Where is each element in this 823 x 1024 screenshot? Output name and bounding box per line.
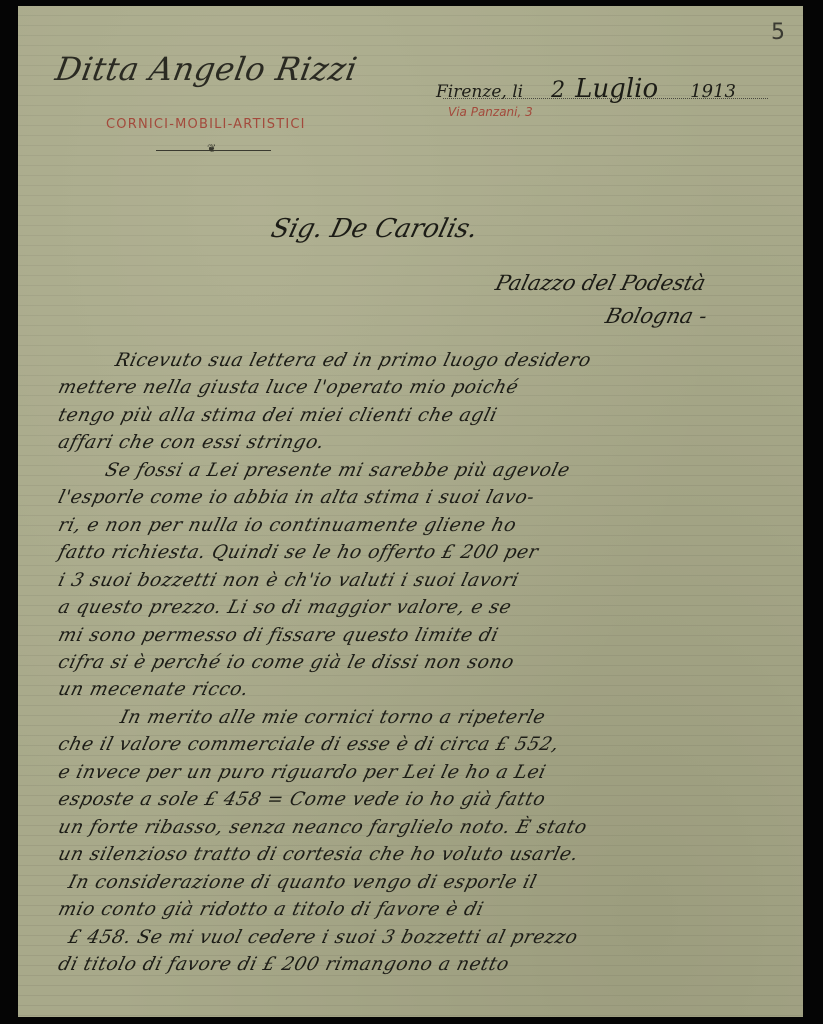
letterhead-tagline: CORNICI-MOBILI-ARTISTICI: [106, 117, 306, 132]
body-line: affari che con essi stringo.: [56, 432, 327, 453]
body-line: mettere nella giusta luce l'operato mio …: [56, 377, 521, 398]
recipient-salutation: Sig. De Carolis.: [268, 214, 481, 244]
place-prefix: Firenze, li: [436, 82, 523, 102]
recipient-address-line-2: Bologna -: [603, 304, 710, 328]
recipient-address-line-1: Palazzo del Podestà: [493, 271, 708, 295]
letterhead-firm-name: Ditta Angelo Rizzi: [53, 50, 361, 88]
body-line: Ricevuto sua lettera ed in primo luogo d…: [113, 350, 594, 371]
date-dotted-line: [443, 98, 768, 99]
body-line: di titolo di favore di £ 200 rimangono a…: [56, 954, 512, 975]
body-line: mi sono permesso di fissare questo limit…: [56, 625, 501, 646]
date-month: Luglio: [575, 74, 658, 104]
body-line: e invece per un puro riguardo per Lei le…: [56, 762, 548, 783]
ornament-flourish-icon: ❦: [207, 143, 216, 154]
body-line: mio conto già ridotto a titolo di favore…: [56, 899, 486, 920]
body-line: che il valore commerciale di esse è di c…: [56, 734, 561, 755]
body-line: un forte ribasso, senza neanco farglielo…: [56, 817, 589, 838]
archive-page-number: 5: [771, 20, 785, 45]
body-line: In considerazione di quanto vengo di esp…: [66, 872, 539, 893]
body-line: i 3 suoi bozzetti non è ch'io valuti i s…: [56, 570, 521, 591]
date-day: 2: [551, 78, 565, 103]
body-line: In merito alle mie cornici torno a ripet…: [118, 707, 548, 728]
body-line: Se fossi a Lei presente mi sarebbe più a…: [103, 460, 572, 481]
body-line: cifra si è perché io come già le dissi n…: [56, 652, 516, 673]
body-line: a questo prezzo. Li so di maggior valore…: [56, 597, 514, 618]
body-line: ri, e non per nulla io continuamente gli…: [56, 515, 519, 536]
body-line: un mecenate ricco.: [56, 679, 251, 700]
letter-page: 5 Ditta Angelo Rizzi CORNICI-MOBILI-ARTI…: [18, 6, 803, 1017]
body-line: un silenzioso tratto di cortesia che ho …: [56, 844, 581, 865]
body-line: esposte a sole £ 458 = Come vede io ho g…: [56, 789, 548, 810]
body-line: l'esporle come io abbia in alta stima i …: [56, 487, 537, 508]
body-line: £ 458. Se mi vuol cedere i suoi 3 bozzet…: [66, 927, 580, 948]
place-date-line: Firenze, li 2 Luglio 1913: [436, 74, 736, 104]
body-line: tengo più alla stima dei miei clienti ch…: [56, 405, 500, 426]
body-line: fatto richiesta. Quindi se le ho offerto…: [56, 542, 541, 563]
letterhead-street-address: Via Panzani, 3: [448, 105, 533, 119]
